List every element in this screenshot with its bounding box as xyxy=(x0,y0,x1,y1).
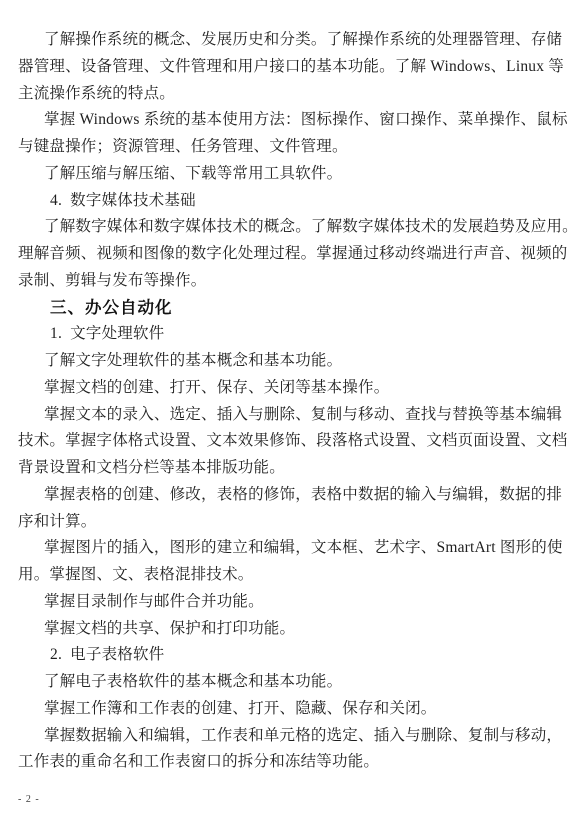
doc-line: 了解操作系统的概念、发展历史和分类。了解操作系统的处理器管理、存储 xyxy=(0,27,569,54)
doc-line: 了解数字媒体和数字媒体技术的概念。了解数字媒体技术的发展趋势及应用。 xyxy=(0,214,569,241)
doc-line: 序和计算。 xyxy=(0,509,569,536)
doc-line: 了解文字处理软件的基本概念和基本功能。 xyxy=(0,348,569,375)
doc-line: 录制、剪辑与发布等操作。 xyxy=(0,268,569,295)
doc-line: 器管理、设备管理、文件管理和用户接口的基本功能。了解 Windows、Linux… xyxy=(0,54,569,81)
doc-line: 掌握文本的录入、选定、插入与删除、复制与移动、查找与替换等基本编辑 xyxy=(0,402,569,429)
doc-line: 理解音频、视频和图像的数字化处理过程。掌握通过移动终端进行声音、视频的 xyxy=(0,241,569,268)
item-heading-spreadsheet: 2. 电子表格软件 xyxy=(0,642,569,669)
doc-line: 主流操作系统的特点。 xyxy=(0,81,569,108)
doc-line: 掌握工作簿和工作表的创建、打开、隐藏、保存和关闭。 xyxy=(0,696,569,723)
doc-line: 用。掌握图、文、表格混排技术。 xyxy=(0,562,569,589)
doc-line: 掌握目录制作与邮件合并功能。 xyxy=(0,589,569,616)
doc-line: 掌握文档的共享、保护和打印功能。 xyxy=(0,616,569,643)
doc-line: 技术。掌握字体格式设置、文本效果修饰、段落格式设置、文档页面设置、文档 xyxy=(0,428,569,455)
doc-line: 掌握 Windows 系统的基本使用方法：图标操作、窗口操作、菜单操作、鼠标 xyxy=(0,107,569,134)
page-number: - 2 - xyxy=(18,794,40,805)
doc-line: 与键盘操作；资源管理、任务管理、文件管理。 xyxy=(0,134,569,161)
doc-line: 了解压缩与解压缩、下载等常用工具软件。 xyxy=(0,161,569,188)
doc-line: 掌握文档的创建、打开、保存、关闭等基本操作。 xyxy=(0,375,569,402)
doc-line: 了解电子表格软件的基本概念和基本功能。 xyxy=(0,669,569,696)
doc-line: 掌握图片的插入，图形的建立和编辑，文本框、艺术字、SmartArt 图形的使 xyxy=(0,535,569,562)
doc-line: 掌握数据输入和编辑，工作表和单元格的选定、插入与删除、复制与移动， xyxy=(0,723,569,750)
doc-line: 掌握表格的创建、修改，表格的修饰，表格中数据的输入与编辑，数据的排 xyxy=(0,482,569,509)
doc-line: 工作表的重命名和工作表窗口的拆分和冻结等功能。 xyxy=(0,749,569,776)
item-heading-word-processing: 1. 文字处理软件 xyxy=(0,321,569,348)
doc-line: 背景设置和文档分栏等基本排版功能。 xyxy=(0,455,569,482)
document-page: 了解操作系统的概念、发展历史和分类。了解操作系统的处理器管理、存储 器管理、设备… xyxy=(0,0,569,827)
item-heading-digital-media: 4. 数字媒体技术基础 xyxy=(0,188,569,215)
section-heading-office-automation: 三、办公自动化 xyxy=(0,295,569,322)
